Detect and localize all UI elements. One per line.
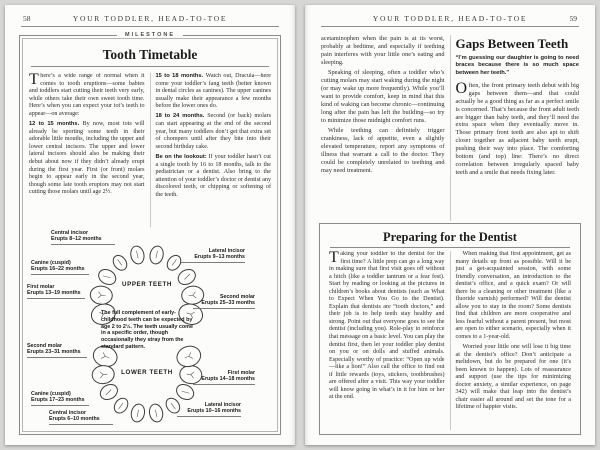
preparing-for-dentist-box: Preparing for the Dentist Taking your to… bbox=[319, 223, 581, 435]
dentist-box-columns: Taking your toddler to the dentist for t… bbox=[329, 251, 571, 430]
column-divider bbox=[450, 35, 451, 221]
tooth-eruption-range: Erupts 9–13 months bbox=[181, 254, 245, 260]
column-divider bbox=[450, 251, 451, 430]
milestone-title: Tooth Timetable bbox=[30, 47, 270, 63]
book-spread: 58 YOUR TODDLER, HEAD-TO-TOE MILESTONE T… bbox=[0, 0, 600, 450]
tooth-label-lower-second-molar: Second molarErupts 23–31 months bbox=[27, 343, 87, 358]
milestone-box: MILESTONE Tooth Timetable There’s a wide… bbox=[19, 35, 281, 435]
lower-teeth-label: LOWER TEETH bbox=[107, 369, 187, 376]
paragraph-lead: 12 to 15 months. bbox=[29, 121, 83, 127]
running-head: YOUR TODDLER, HEAD-TO-TOE bbox=[21, 14, 279, 23]
milestone-column-2: 15 to 18 months. Watch out, Dracula—here… bbox=[156, 73, 272, 227]
tooth bbox=[112, 396, 131, 416]
milestone-tab: MILESTONE bbox=[117, 32, 183, 38]
tooth-eruption-range: Erupts 6–10 months bbox=[49, 416, 113, 422]
tooth bbox=[129, 245, 145, 265]
tooth bbox=[89, 285, 113, 305]
page-59-column-2: Gaps Between Teeth “I’m guessing our dau… bbox=[456, 35, 580, 221]
paragraph: Be on the lookout: If your toddler hasn’… bbox=[156, 154, 272, 200]
page-58: 58 YOUR TODDLER, HEAD-TO-TOE MILESTONE T… bbox=[5, 5, 295, 445]
tooth-eruption-range: Erupts 14–18 months bbox=[193, 376, 255, 382]
tooth-eruption-range: Erupts 25–33 months bbox=[193, 300, 255, 306]
paragraph: acetaminophen when the pain is at its wo… bbox=[321, 35, 445, 67]
running-head: YOUR TODDLER, HEAD-TO-TOE bbox=[321, 14, 579, 23]
tooth-eruption-range: Erupts 8–12 months bbox=[51, 236, 115, 242]
reader-question-quote: “I’m guessing our daughter is going to n… bbox=[456, 55, 580, 77]
tooth bbox=[98, 381, 121, 402]
tooth-eruption-range: Erupts 17–23 months bbox=[31, 397, 89, 403]
tooth-eruption-range: Erupts 10–16 months bbox=[177, 408, 241, 414]
title-rule bbox=[31, 66, 269, 67]
drop-cap: T bbox=[29, 73, 40, 87]
column-divider bbox=[150, 73, 151, 227]
tooth-label-lower-central-incisor: Central incisorErupts 6–10 months bbox=[49, 410, 113, 425]
tooth bbox=[110, 253, 129, 273]
tooth bbox=[148, 403, 164, 423]
page-59: YOUR TODDLER, HEAD-TO-TOE 59 acetaminoph… bbox=[305, 5, 595, 445]
dentist-box-column-1: Taking your toddler to the dentist for t… bbox=[329, 251, 445, 430]
diagram-center-note: The full complement of early-childhood t… bbox=[101, 310, 198, 351]
tooth-label-upper-first-molar: First molarErupts 13–19 months bbox=[27, 284, 85, 299]
tooth-eruption-range: Erupts 13–19 months bbox=[27, 290, 85, 296]
tooth-eruption-range: Erupts 23–31 months bbox=[27, 349, 87, 355]
dentist-box-column-2: When making that first appointment, get … bbox=[456, 251, 572, 430]
paragraph: When making that first appointment, get … bbox=[456, 251, 572, 342]
tooth-eruption-range: Erupts 16–22 months bbox=[31, 266, 89, 272]
drop-cap: O bbox=[456, 82, 469, 96]
dentist-box-title: Preparing for the Dentist bbox=[330, 230, 570, 245]
paragraph: 18 to 24 months. Second (or back) molars… bbox=[156, 113, 272, 151]
paragraph: Speaking of sleeping, often a toddler wh… bbox=[321, 69, 445, 124]
tooth bbox=[130, 403, 146, 423]
tooth-label-lower-lateral-incisor: Lateral incisorErupts 10–16 months bbox=[177, 402, 241, 417]
paragraph: 15 to 18 months. Watch out, Dracula—here… bbox=[156, 73, 272, 111]
paragraph: While teething can definitely trigger cr… bbox=[321, 127, 445, 174]
paragraph: 12 to 15 months. By now, most tots will … bbox=[29, 121, 145, 197]
tooth-diagram: UPPER TEETH The full complement of early… bbox=[25, 228, 275, 432]
tooth-label-upper-second-molar: Second molarErupts 25–33 months bbox=[193, 294, 255, 309]
drop-cap: T bbox=[329, 251, 340, 265]
tooth-label-upper-lateral-incisor: Lateral incisorErupts 9–13 months bbox=[181, 248, 245, 263]
paragraph-lead: 18 to 24 months. bbox=[156, 113, 208, 119]
paragraph-lead: 15 to 18 months. bbox=[156, 73, 206, 79]
page-number: 59 bbox=[570, 14, 578, 23]
gaps-paragraphs: Often, the front primary teeth debut wit… bbox=[456, 82, 580, 177]
tooth-label-upper-canine: Canine (cuspid)Erupts 16–22 months bbox=[31, 260, 89, 275]
paragraph-lead: Be on the lookout: bbox=[156, 154, 209, 160]
paragraph: Taking your toddler to the dentist for t… bbox=[329, 251, 445, 402]
paragraph: Worried your little one will lose it big… bbox=[456, 344, 572, 412]
tooth-label-lower-first-molar: First molarErupts 14–18 months bbox=[193, 370, 255, 385]
milestone-columns: There’s a wide range of normal when it c… bbox=[29, 73, 271, 227]
tooth bbox=[148, 245, 164, 265]
page-59-columns: acetaminophen when the pain is at its wo… bbox=[321, 35, 579, 221]
paragraph: There’s a wide range of normal when it c… bbox=[29, 73, 145, 119]
title-rule bbox=[330, 247, 570, 248]
tooth-label-lower-canine: Canine (cuspid)Erupts 17–23 months bbox=[31, 391, 89, 406]
paragraph: Often, the front primary teeth debut wit… bbox=[456, 82, 580, 177]
page-header: 58 YOUR TODDLER, HEAD-TO-TOE bbox=[21, 13, 279, 27]
gaps-between-teeth-heading: Gaps Between Teeth bbox=[456, 36, 580, 52]
milestone-column-1: There’s a wide range of normal when it c… bbox=[29, 73, 145, 227]
page-59-column-1: acetaminophen when the pain is at its wo… bbox=[321, 35, 445, 221]
upper-teeth-label: UPPER TEETH bbox=[107, 281, 187, 288]
tooth-label-upper-central-incisor: Central incisorErupts 8–12 months bbox=[51, 230, 115, 245]
page-header: YOUR TODDLER, HEAD-TO-TOE 59 bbox=[321, 13, 579, 27]
